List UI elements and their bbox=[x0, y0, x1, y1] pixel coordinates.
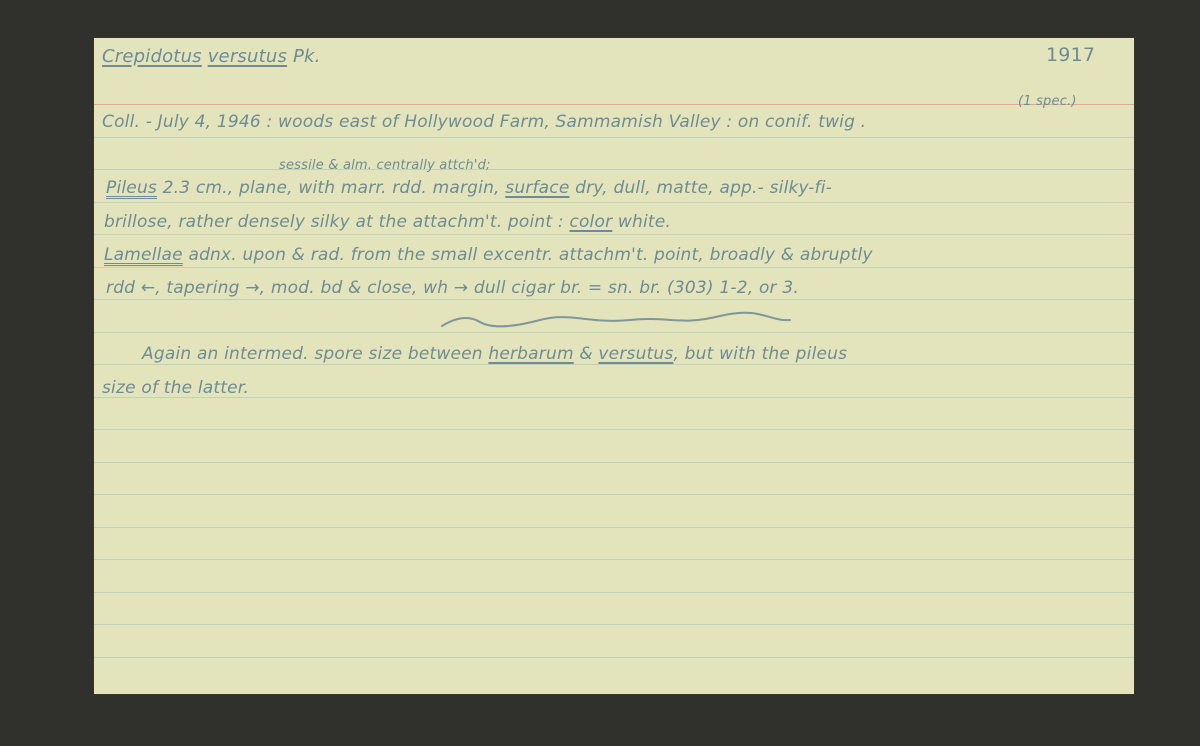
ruled-line bbox=[94, 364, 1134, 365]
ruled-line bbox=[94, 559, 1134, 560]
lamellae-attachment: adnx. upon & rad. from the small excentr… bbox=[188, 245, 872, 265]
ruled-line bbox=[94, 527, 1134, 528]
ruled-line bbox=[94, 494, 1134, 495]
pileus-size: 2.3 cm. bbox=[163, 178, 228, 198]
specimen-note: (1 spec.) bbox=[1018, 94, 1077, 109]
color-label: color bbox=[569, 212, 612, 232]
pileus-shape: , plane, with marr. rdd. margin, bbox=[228, 178, 500, 198]
index-card: Crepidotus versutus Pk. 1917 (1 spec.) C… bbox=[94, 38, 1134, 694]
header-red-rule bbox=[94, 104, 1134, 105]
ruled-line bbox=[94, 397, 1134, 398]
species-name: versutus bbox=[208, 46, 287, 67]
pileus-line-1: Pileus 2.3 cm., plane, with marr. rdd. m… bbox=[106, 178, 832, 198]
author-abbrev: Pk. bbox=[293, 46, 321, 67]
lamellae-line-1: Lamellae adnx. upon & rad. from the smal… bbox=[104, 245, 873, 265]
pileus-line-2: brillose, rather densely silky at the at… bbox=[104, 212, 671, 232]
pileus-texture: brillose, rather densely silky at the at… bbox=[104, 212, 564, 232]
ruled-line bbox=[94, 234, 1134, 235]
card-title: Crepidotus versutus Pk. bbox=[102, 46, 321, 67]
ruled-line bbox=[94, 202, 1134, 203]
pileus-surface-desc: dry, dull, matte, app.- silky-fi- bbox=[575, 178, 832, 198]
pileus-insertion: sessile & alm. centrally attch'd; bbox=[279, 158, 491, 173]
ruled-line bbox=[94, 429, 1134, 430]
remark-text: Again an intermed. spore size between bbox=[142, 344, 483, 364]
remark-text-end: , but with the pileus bbox=[673, 344, 847, 364]
ruled-line bbox=[94, 299, 1134, 300]
collection-line: Coll. - July 4, 1946 : woods east of Hol… bbox=[102, 112, 866, 132]
ruled-line bbox=[94, 169, 1134, 170]
remark-line-1: Again an intermed. spore size between he… bbox=[142, 344, 847, 364]
genus-name: Crepidotus bbox=[102, 46, 202, 67]
species-herbarum: herbarum bbox=[488, 344, 573, 364]
pileus-label: Pileus bbox=[106, 178, 157, 198]
ruled-line bbox=[94, 657, 1134, 658]
ruled-line bbox=[94, 592, 1134, 593]
remark-amp: & bbox=[579, 344, 592, 364]
lamellae-line-2: rdd ←, tapering →, mod. bd & close, wh →… bbox=[106, 278, 799, 298]
ruled-line bbox=[94, 137, 1134, 138]
pileus-color: white. bbox=[618, 212, 671, 232]
ruled-line bbox=[94, 462, 1134, 463]
wavy-divider bbox=[440, 310, 800, 332]
species-versutus: versutus bbox=[598, 344, 673, 364]
ruled-line bbox=[94, 332, 1134, 333]
surface-label: surface bbox=[505, 178, 569, 198]
card-number: 1917 bbox=[1046, 44, 1095, 66]
ruled-line bbox=[94, 624, 1134, 625]
remark-line-2: size of the latter. bbox=[102, 378, 249, 398]
lamellae-label: Lamellae bbox=[104, 245, 183, 265]
ruled-line bbox=[94, 267, 1134, 268]
